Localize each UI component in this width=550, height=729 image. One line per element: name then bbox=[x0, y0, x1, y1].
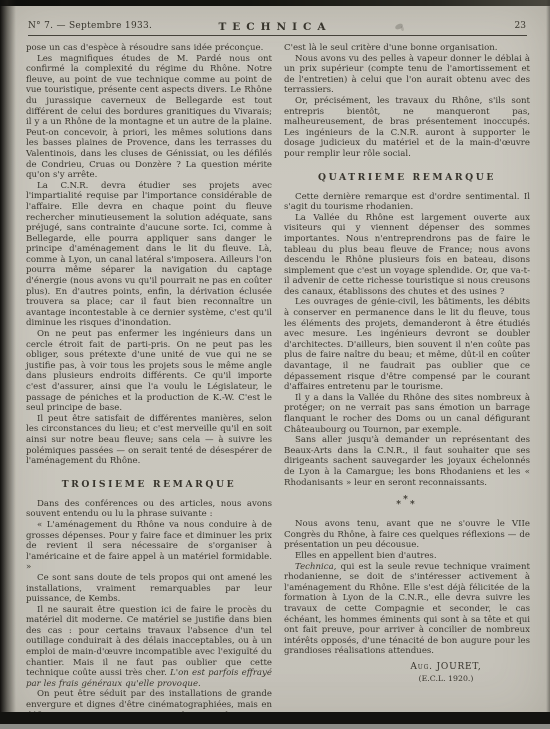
scanned-journal-page: N° 7. — Septembre 1933. TECHNICA 23 pose… bbox=[0, 0, 550, 729]
paragraph: On ne peut pas enfermer les ingénieurs d… bbox=[26, 329, 272, 414]
paragraph: Il ne saurait être question ici de faire… bbox=[26, 605, 272, 690]
section-heading-quatrieme: QUATRIEME REMARQUE bbox=[284, 172, 530, 183]
paragraph: Nous avons tenu, avant que ne s'ouvre le… bbox=[284, 519, 530, 551]
paragraph: Il y a dans la Vallée du Rhône des sites… bbox=[284, 393, 530, 435]
paragraph: Il peut être satisfait de différentes ma… bbox=[26, 414, 272, 467]
left-column: pose un cas d'espèce à résoudre sans idé… bbox=[26, 43, 272, 729]
scan-edge-right bbox=[546, 0, 550, 729]
ink-smudge bbox=[394, 23, 403, 30]
signature-name: Aug. JOURET, bbox=[386, 662, 506, 672]
paragraph: Or, précisément, les travaux du Rhône, s… bbox=[284, 96, 530, 160]
paragraph: C'est là le seul critère d'une bonne org… bbox=[284, 43, 530, 54]
paragraph: Nous avons vu des pelles à vapeur donner… bbox=[284, 54, 530, 96]
signature-block: Aug. JOURET, (E.C.L. 1920.) bbox=[386, 662, 506, 683]
paragraph: La C.N.R. devra étudier ses projets avec… bbox=[26, 181, 272, 329]
paragraph: Ce sont sans doute de tels propos qui on… bbox=[26, 573, 272, 605]
text-columns: pose un cas d'espèce à résoudre sans idé… bbox=[0, 36, 550, 729]
scan-edge-top bbox=[0, 0, 550, 6]
paragraph-text: , qui est la seule revue technique vraim… bbox=[284, 562, 530, 657]
right-column: C'est là le seul critère d'une bonne org… bbox=[284, 43, 530, 729]
scan-edge-bottom-outer bbox=[0, 724, 550, 729]
signature-credit: (E.C.L. 1920.) bbox=[386, 674, 506, 683]
paragraph: Les magnifiques études de M. Pardé nous … bbox=[26, 54, 272, 181]
paragraph: Sans aller jusqu'à demander un représent… bbox=[284, 435, 530, 488]
paragraph: Les ouvrages de génie-civil, les bâtimen… bbox=[284, 297, 530, 392]
paragraph: pose un cas d'espèce à résoudre sans idé… bbox=[26, 43, 272, 54]
paragraph: « L'aménagement du Rhône va nous conduir… bbox=[26, 520, 272, 573]
section-heading-troisieme: TROISIEME REMARQUE bbox=[26, 479, 272, 490]
journal-name-italic: Technica bbox=[295, 562, 334, 572]
journal-title: TECHNICA bbox=[0, 21, 550, 33]
paragraph: La Vallée du Rhône est largement ouverte… bbox=[284, 213, 530, 298]
asterism-separator: * * * bbox=[284, 498, 530, 508]
paragraph: Elles en appellent bien d'autres. bbox=[284, 551, 530, 562]
paragraph: Cette dernière remarque est d'ordre sent… bbox=[284, 192, 530, 213]
asterism-bottom: * * bbox=[284, 503, 530, 508]
paragraph: Technica, qui est la seule revue techniq… bbox=[284, 562, 530, 657]
scan-edge-left bbox=[0, 0, 16, 729]
paragraph: Dans des conférences ou des articles, no… bbox=[26, 499, 272, 520]
scan-edge-bottom bbox=[0, 712, 550, 724]
